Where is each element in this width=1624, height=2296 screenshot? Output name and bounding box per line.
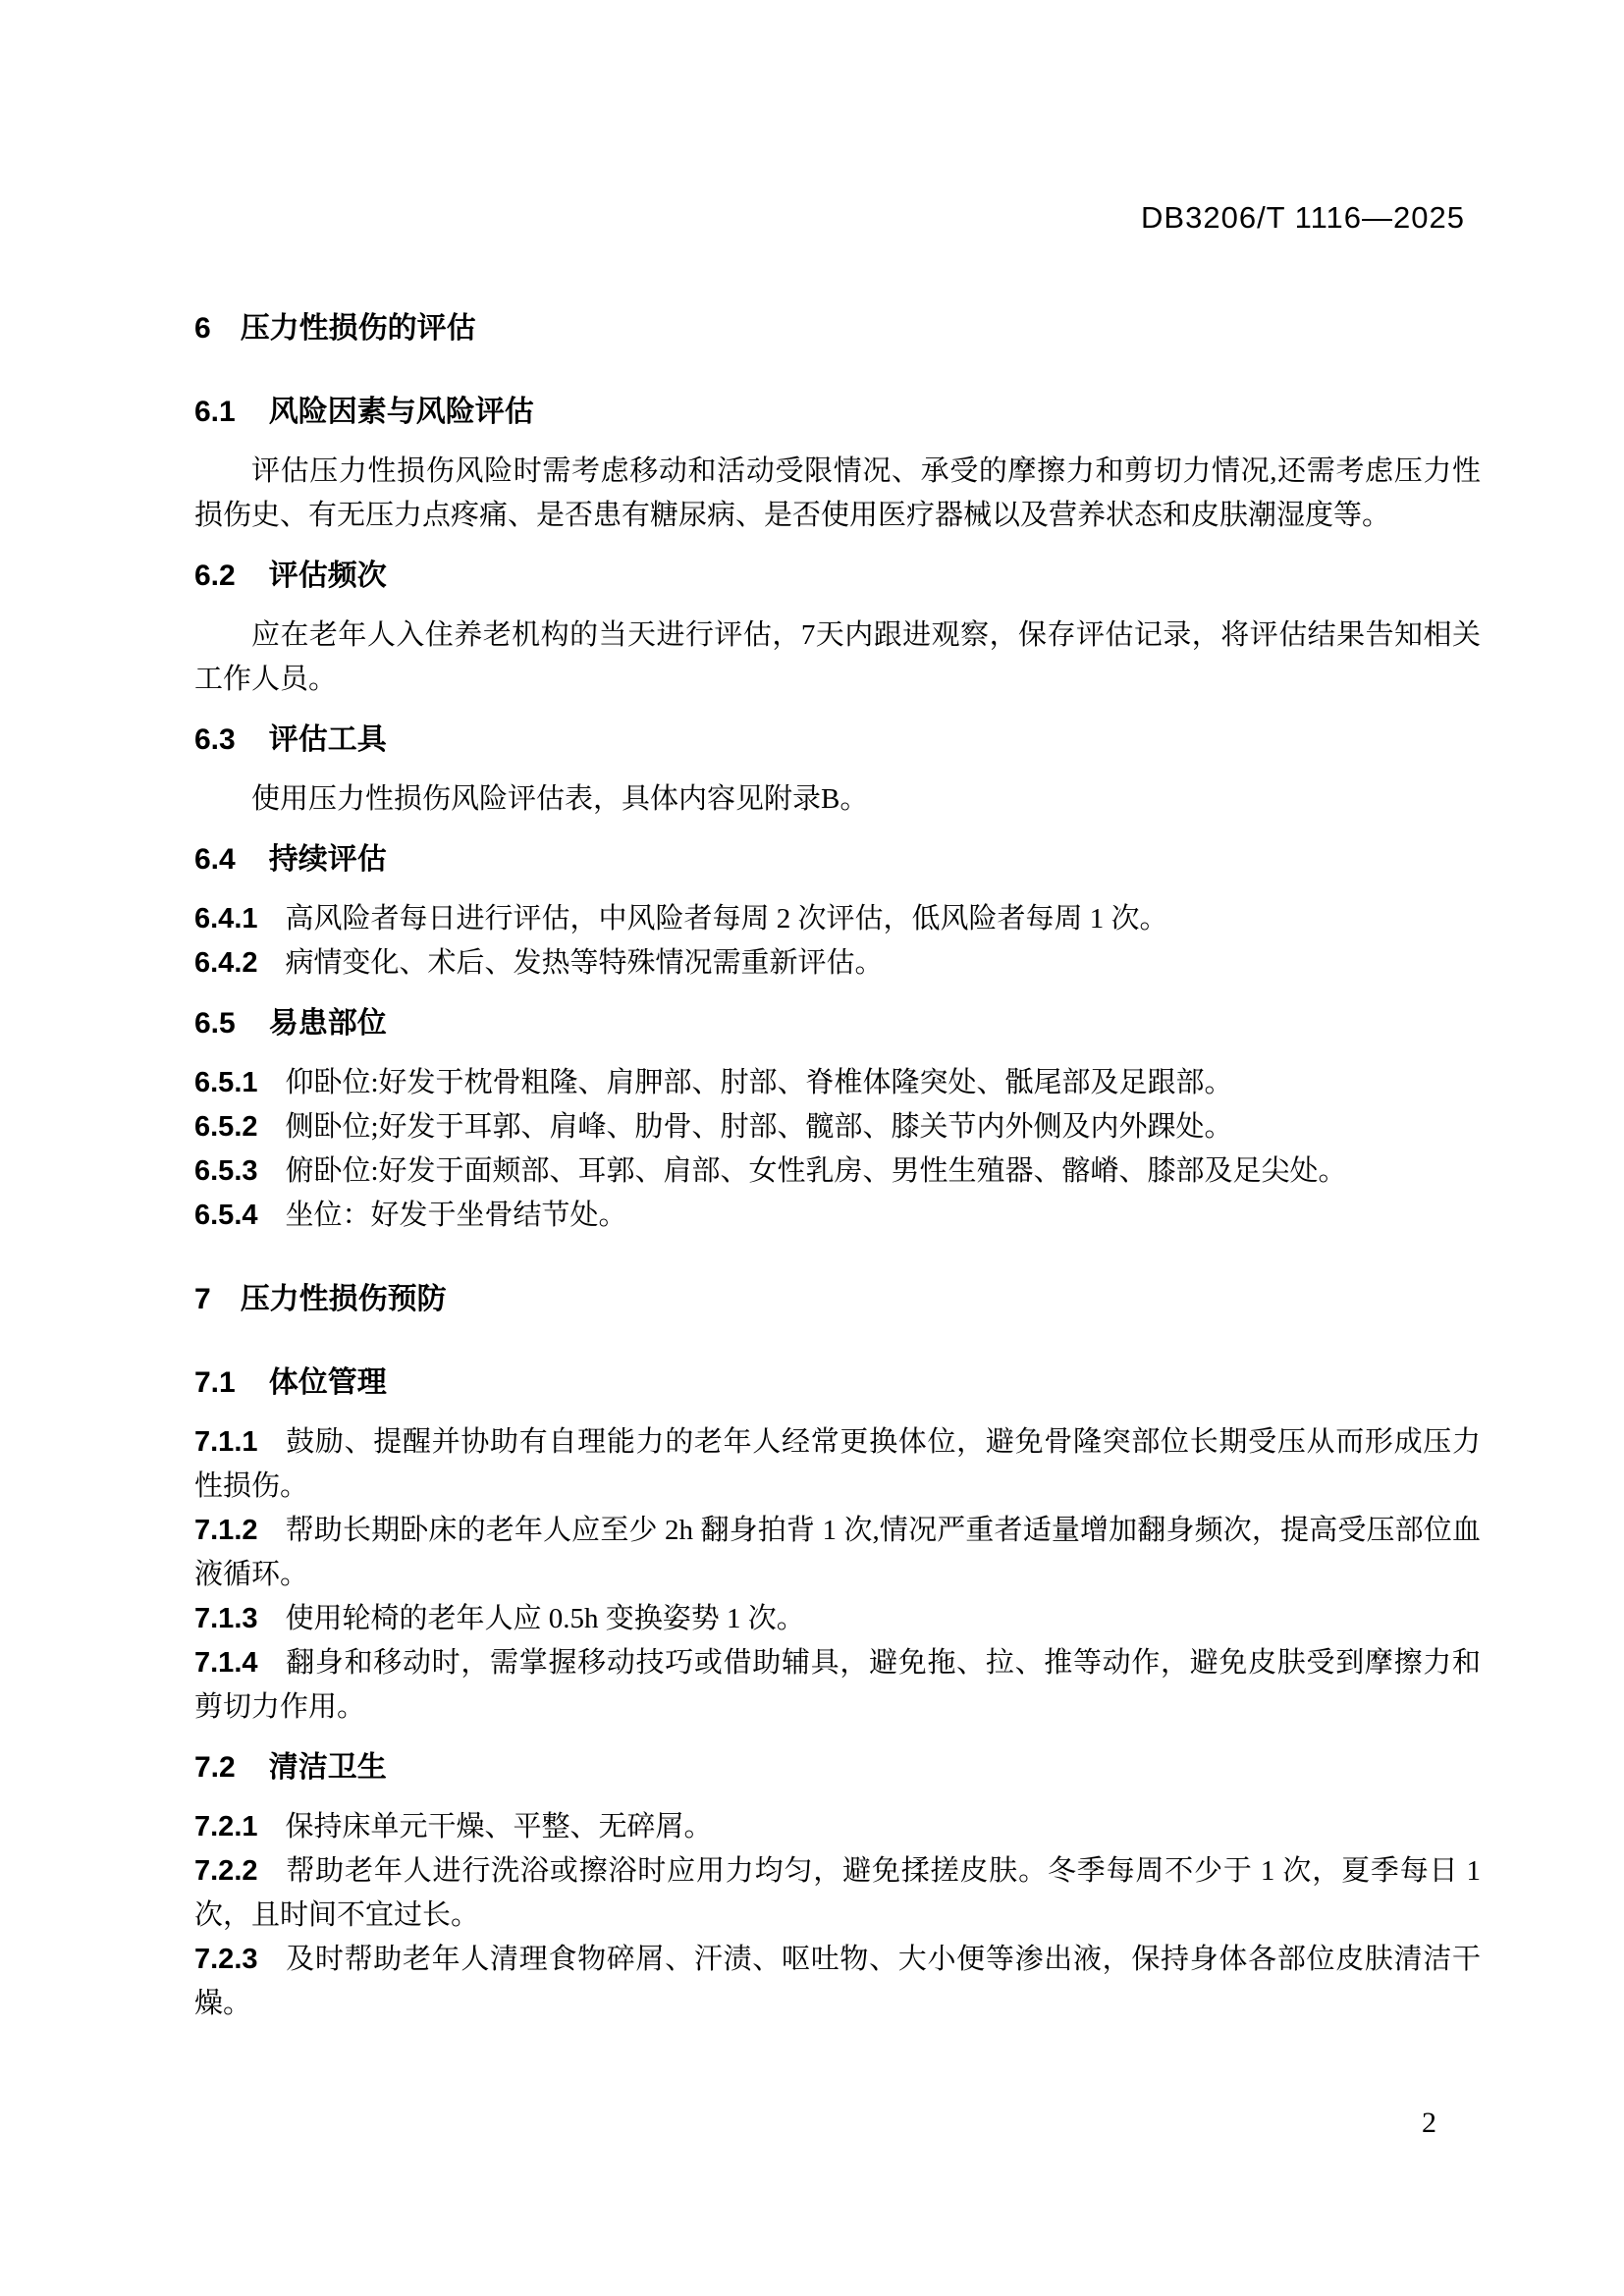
subsection-title: 易患部位 — [269, 1007, 387, 1040]
clause-7-1-3: 7.1.3使用轮椅的老年人应 0.5h 变换姿势 1 次。 — [194, 1597, 1481, 1641]
subsection-heading-6-5: 6.5易患部位 — [194, 1001, 1481, 1045]
subsection-number: 7.2 — [194, 1751, 236, 1784]
clause-number: 7.2.3 — [194, 1944, 258, 1975]
subsection-title: 体位管理 — [269, 1366, 387, 1399]
subsection-heading-6-3: 6.3评估工具 — [194, 718, 1481, 762]
subsection-number: 6.1 — [194, 396, 236, 428]
clause-text: 鼓励、提醒并协助有自理能力的老年人经常更换体位，避免骨隆突部位长期受压从而形成压… — [194, 1426, 1481, 1502]
clause-number: 7.1.4 — [194, 1647, 258, 1679]
paragraph-6-2: 应在老年人入住养老机构的当天进行评估，7天内跟进观察，保存评估记录，将评估结果告… — [194, 614, 1481, 702]
clause-number: 7.2.1 — [194, 1811, 258, 1842]
paragraph-6-3: 使用压力性损伤风险评估表，具体内容见附录B。 — [194, 777, 1481, 822]
clause-7-2-2: 7.2.2帮助老年人进行洗浴或擦浴时应用力均匀，避免揉搓皮肤。冬季每周不少于 1… — [194, 1849, 1481, 1938]
clause-7-1-4: 7.1.4翻身和移动时，需掌握移动技巧或借助辅具，避免拖、拉、推等动作，避免皮肤… — [194, 1641, 1481, 1730]
section-heading-6: 6压力性损伤的评估 — [194, 306, 1481, 350]
section-number: 7 — [194, 1283, 211, 1315]
clause-number: 6.4.1 — [194, 903, 258, 934]
subsection-title: 持续评估 — [269, 843, 387, 876]
subsection-title: 评估频次 — [269, 560, 387, 592]
subsection-title: 风险因素与风险评估 — [269, 396, 534, 428]
clause-number: 7.1.3 — [194, 1603, 258, 1634]
clause-text: 保持床单元干燥、平整、无碎屑。 — [286, 1811, 713, 1842]
clause-text: 侧卧位;好发于耳郭、肩峰、肋骨、肘部、髋部、膝关节内外侧及内外踝处。 — [286, 1111, 1233, 1143]
clause-text: 翻身和移动时，需掌握移动技巧或借助辅具，避免拖、拉、推等动作，避免皮肤受到摩擦力… — [194, 1647, 1481, 1723]
clause-7-2-1: 7.2.1保持床单元干燥、平整、无碎屑。 — [194, 1805, 1481, 1849]
clause-number: 6.5.1 — [194, 1067, 258, 1098]
subsection-number: 6.3 — [194, 723, 236, 756]
subsection-heading-7-2: 7.2清洁卫生 — [194, 1745, 1481, 1789]
subsection-heading-7-1: 7.1体位管理 — [194, 1361, 1481, 1405]
subsection-number: 6.5 — [194, 1007, 236, 1040]
subsection-title: 评估工具 — [269, 723, 387, 756]
clause-text: 病情变化、术后、发热等特殊情况需重新评估。 — [286, 947, 884, 979]
paragraph-6-1: 评估压力性损伤风险时需考虑移动和活动受限情况、承受的摩擦力和剪切力情况,还需考虑… — [194, 450, 1481, 538]
subsection-heading-6-4: 6.4持续评估 — [194, 837, 1481, 881]
clause-text: 仰卧位:好发于枕骨粗隆、肩胛部、肘部、脊椎体隆突处、骶尾部及足跟部。 — [286, 1067, 1233, 1098]
subsection-heading-6-1: 6.1风险因素与风险评估 — [194, 390, 1481, 434]
subsection-number: 6.2 — [194, 560, 236, 592]
section-title: 压力性损伤的评估 — [241, 312, 476, 345]
clause-text: 使用轮椅的老年人应 0.5h 变换姿势 1 次。 — [286, 1603, 805, 1634]
subsection-title: 清洁卫生 — [269, 1751, 387, 1784]
clause-text: 帮助长期卧床的老年人应至少 2h 翻身拍背 1 次,情况严重者适量增加翻身频次，… — [194, 1515, 1481, 1590]
clause-text: 俯卧位:好发于面颊部、耳郭、肩部、女性乳房、男性生殖器、髂嵴、膝部及足尖处。 — [286, 1155, 1347, 1187]
clause-6-5-4: 6.5.4坐位：好发于坐骨结节处。 — [194, 1194, 1481, 1238]
clause-7-1-2: 7.1.2帮助长期卧床的老年人应至少 2h 翻身拍背 1 次,情况严重者适量增加… — [194, 1509, 1481, 1597]
clause-7-1-1: 7.1.1鼓励、提醒并协助有自理能力的老年人经常更换体位，避免骨隆突部位长期受压… — [194, 1420, 1481, 1509]
clause-number: 7.1.1 — [194, 1426, 258, 1458]
standard-number-header: DB3206/T 1116—2025 — [194, 201, 1481, 235]
section-heading-7: 7压力性损伤预防 — [194, 1277, 1481, 1321]
subsection-number: 7.1 — [194, 1366, 236, 1399]
clause-6-5-2: 6.5.2侧卧位;好发于耳郭、肩峰、肋骨、肘部、髋部、膝关节内外侧及内外踝处。 — [194, 1105, 1481, 1149]
clause-number: 6.5.4 — [194, 1200, 258, 1231]
clause-6-4-2: 6.4.2病情变化、术后、发热等特殊情况需重新评估。 — [194, 941, 1481, 986]
subsection-number: 6.4 — [194, 843, 236, 876]
clause-6-5-1: 6.5.1仰卧位:好发于枕骨粗隆、肩胛部、肘部、脊椎体隆突处、骶尾部及足跟部。 — [194, 1061, 1481, 1105]
clause-number: 6.5.3 — [194, 1155, 258, 1187]
clause-text: 帮助老年人进行洗浴或擦浴时应用力均匀，避免揉搓皮肤。冬季每周不少于 1 次，夏季… — [194, 1855, 1481, 1931]
clause-text: 坐位：好发于坐骨结节处。 — [286, 1200, 627, 1231]
subsection-heading-6-2: 6.2评估频次 — [194, 554, 1481, 598]
clause-text: 高风险者每日进行评估，中风险者每周 2 次评估，低风险者每周 1 次。 — [286, 903, 1168, 934]
clause-number: 7.1.2 — [194, 1515, 258, 1546]
clause-7-2-3: 7.2.3及时帮助老年人清理食物碎屑、汗渍、呕吐物、大小便等渗出液，保持身体各部… — [194, 1938, 1481, 2026]
section-title: 压力性损伤预防 — [241, 1283, 447, 1315]
section-number: 6 — [194, 312, 211, 345]
clause-text: 及时帮助老年人清理食物碎屑、汗渍、呕吐物、大小便等渗出液，保持身体各部位皮肤清洁… — [194, 1944, 1481, 2019]
document-page: DB3206/T 1116—2025 6压力性损伤的评估 6.1风险因素与风险评… — [0, 0, 1624, 2296]
clause-number: 6.5.2 — [194, 1111, 258, 1143]
clause-6-5-3: 6.5.3俯卧位:好发于面颊部、耳郭、肩部、女性乳房、男性生殖器、髂嵴、膝部及足… — [194, 1149, 1481, 1194]
clause-6-4-1: 6.4.1高风险者每日进行评估，中风险者每周 2 次评估，低风险者每周 1 次。 — [194, 897, 1481, 941]
clause-number: 7.2.2 — [194, 1855, 258, 1887]
page-number: 2 — [1422, 2107, 1436, 2140]
clause-number: 6.4.2 — [194, 947, 258, 979]
